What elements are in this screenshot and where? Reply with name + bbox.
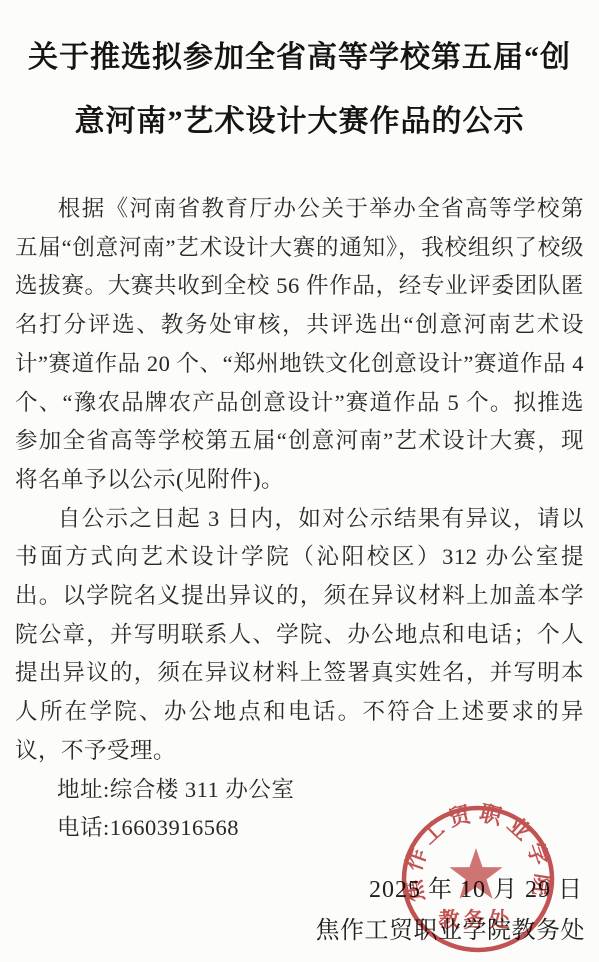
page-title: 关于推选拟参加全省高等学校第五届“创意河南”艺术设计大赛作品的公示 [19,26,580,154]
document-page: 关于推选拟参加全省高等学校第五届“创意河南”艺术设计大赛作品的公示 根据《河南省… [0,0,599,962]
phone-line: 电话:16603916568 [57,809,584,848]
body-paragraph-1: 根据《河南省教育厅办公关于举办全省高等学校第五届“创意河南”艺术设计大赛的通知》… [15,190,584,500]
document-body: 根据《河南省教育厅办公关于举办全省高等学校第五届“创意河南”艺术设计大赛的通知》… [15,190,584,771]
address-line: 地址:综合楼 311 办公室 [57,771,584,810]
signature-line: 焦作工贸职业学院教务处 [316,915,586,947]
date-line: 2025 年 10 月 29 日 [369,874,583,906]
body-paragraph-2: 自公示之日起 3 日内，如对公示结果有异议，请以书面方式向艺术设计学院（沁阳校区… [15,500,584,771]
